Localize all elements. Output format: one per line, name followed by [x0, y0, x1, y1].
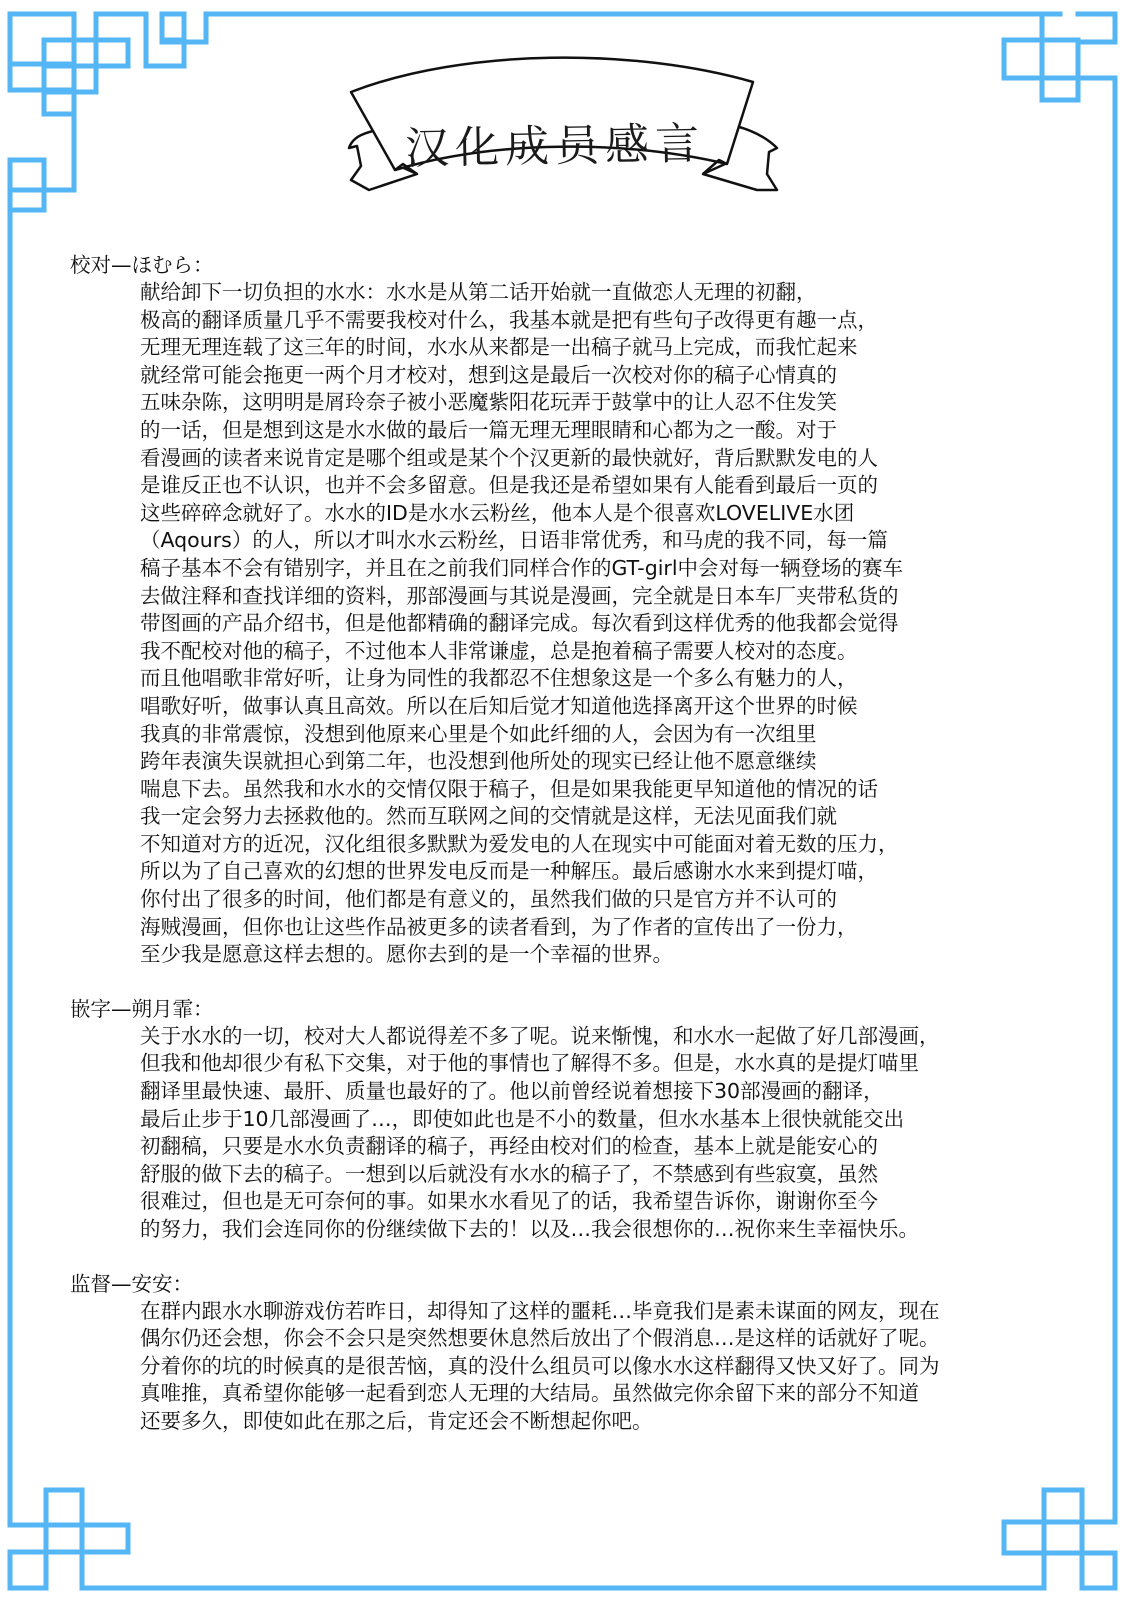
section-body: 献给卸下一切负担的水水：水水是从第二话开始就一直做恋人无理的初翻， 极高的翻译质…	[70, 279, 1050, 969]
text-line: 去做注释和查找详细的资料，那部漫画与其说是漫画，完全就是日本车厂夹带私货的	[140, 583, 1050, 611]
text-line: 我真的非常震惊，没想到他原来心里是个如此纤细的人，会因为有一次组里	[140, 721, 1050, 749]
section-supervisor: 监督—安安： 在群内跟水水聊游戏仿若昨日，却得知了这样的噩耗…毕竟我们是素未谋面…	[70, 1271, 1050, 1436]
text-line: 舒服的做下去的稿子。一想到以后就没有水水的稿子了，不禁感到有些寂寞，虽然	[140, 1161, 1050, 1189]
corner-ornament-bottom-left	[10, 1490, 1040, 1588]
text-line: 关于水水的一切，校对大人都说得差不多了呢。说来惭愧，和水水一起做了好几部漫画，	[140, 1023, 1050, 1051]
text-line: 在群内跟水水聊游戏仿若昨日，却得知了这样的噩耗…毕竟我们是素未谋面的网友，现在	[140, 1298, 1050, 1326]
section-typesetter: 嵌字—朔月霏： 关于水水的一切，校对大人都说得差不多了呢。说来惭愧，和水水一起做…	[70, 996, 1050, 1244]
page-title: 汉化成员感言	[294, 105, 815, 178]
text-line: 的一话，但是想到这是水水做的最后一篇无理无理眼睛和心都为之一酸。对于	[140, 417, 1050, 445]
section-body: 关于水水的一切，校对大人都说得差不多了呢。说来惭愧，和水水一起做了好几部漫画， …	[70, 1023, 1050, 1244]
text-line: 还要多久，即使如此在那之后，肯定还会不断想起你吧。	[140, 1408, 1050, 1436]
text-line: 带图画的产品介绍书，但是他都精确的翻译完成。每次看到这样优秀的他我都会觉得	[140, 610, 1050, 638]
text-line: 所以为了自己喜欢的幻想的世界发电反而是一种解压。最后感谢水水来到提灯喵，	[140, 858, 1050, 886]
text-line: 稿子基本不会有错别字，并且在之前我们同样合作的GT-girl中会对每一辆登场的赛…	[140, 555, 1050, 583]
section-header: 校对—ほむら：	[70, 252, 1050, 279]
text-line: 你付出了很多的时间，他们都是有意义的，虽然我们做的只是官方并不认可的	[140, 886, 1050, 914]
text-line: 无理无理连载了这三年的时间，水水从来都是一出稿子就马上完成，而我忙起来	[140, 334, 1050, 362]
text-line: 是谁反正也不认识，也并不会多留意。但是我还是希望如果有人能看到最后一页的	[140, 472, 1050, 500]
text-line: 献给卸下一切负担的水水：水水是从第二话开始就一直做恋人无理的初翻，	[140, 279, 1050, 307]
text-line: 海贼漫画，但你也让这些作品被更多的读者看到，为了作者的宣传出了一份力，	[140, 914, 1050, 942]
text-line: 不知道对方的近况，汉化组很多默默为爱发电的人在现实中可能面对着无数的压力，	[140, 831, 1050, 859]
text-line: 我不配校对他的稿子，不过他本人非常谦虚，总是抱着稿子需要人校对的态度。	[140, 638, 1050, 666]
text-line: 喘息下去。虽然我和水水的交情仅限于稿子，但是如果我能更早知道他的情况的话	[140, 776, 1050, 804]
text-line: 偶尔仍还会想，你会不会只是突然想要休息然后放出了个假消息…是这样的话就好了呢。	[140, 1325, 1050, 1353]
text-line: 这些碎碎念就好了。水水的ID是水水云粉丝，他本人是个很喜欢LOVELIVE水团	[140, 500, 1050, 528]
text-line: 最后止步于10几部漫画了…，即使如此也是不小的数量，但水水基本上很快就能交出	[140, 1106, 1050, 1134]
text-line: 分着你的坑的时候真的是很苦恼，真的没什么组员可以像水水这样翻得又快又好了。同为	[140, 1353, 1050, 1381]
section-proofreader: 校对—ほむら： 献给卸下一切负担的水水：水水是从第二话开始就一直做恋人无理的初翻…	[70, 252, 1050, 969]
text-line: 翻译里最快速、最肝、质量也最好的了。他以前曾经说着想接下30部漫画的翻译，	[140, 1078, 1050, 1106]
text-line: 很难过，但也是无可奈何的事。如果水水看见了的话，我希望告诉你，谢谢你至今	[140, 1188, 1050, 1216]
text-line: 而且他唱歌非常好听，让身为同性的我都忍不住想象这是一个多么有魅力的人，	[140, 665, 1050, 693]
text-line: 但我和他却很少有私下交集，对于他的事情也了解得不多。但是，水水真的是提灯喵里	[140, 1050, 1050, 1078]
text-line: 真唯推，真希望你能够一起看到恋人无理的大结局。虽然做完你余留下来的部分不知道	[140, 1380, 1050, 1408]
text-line: 极高的翻译质量几乎不需要我校对什么，我基本就是把有些句子改得更有趣一点，	[140, 307, 1050, 335]
text-line: 五味杂陈，这明明是屑玲奈子被小恶魔紫阳花玩弄于鼓掌中的让人忍不住发笑	[140, 389, 1050, 417]
text-line: 我一定会努力去拯救他的。然而互联网之间的交情就是这样，无法见面我们就	[140, 803, 1050, 831]
corner-ornament-bottom-right	[1004, 1490, 1115, 1588]
section-header: 监督—安安：	[70, 1271, 1050, 1298]
section-header: 嵌字—朔月霏：	[70, 996, 1050, 1023]
text-line: 唱歌好听，做事认真且高效。所以在后知后觉才知道他选择离开这个世界的时候	[140, 693, 1050, 721]
text-line: 就经常可能会拖更一两个月才校对，想到这是最后一次校对你的稿子心情真的	[140, 362, 1050, 390]
text-line: 看漫画的读者来说肯定是哪个组或是某个个汉更新的最快就好，背后默默发电的人	[140, 445, 1050, 473]
text-line: 初翻稿，只要是水水负责翻译的稿子，再经由校对们的检查，基本上就是能安心的	[140, 1133, 1050, 1161]
content-area: 校对—ほむら： 献给卸下一切负担的水水：水水是从第二话开始就一直做恋人无理的初翻…	[70, 252, 1050, 1463]
text-line: 跨年表演失误就担心到第二年，也没想到他所处的现实已经让他不愿意继续	[140, 748, 1050, 776]
text-line: （Aqours）的人，所以才叫水水云粉丝，日语非常优秀，和马虎的我不同，每一篇	[140, 527, 1050, 555]
title-banner: 汉化成员感言	[295, 40, 815, 210]
section-body: 在群内跟水水聊游戏仿若昨日，却得知了这样的噩耗…毕竟我们是素未谋面的网友，现在 …	[70, 1298, 1050, 1436]
text-line: 至少我是愿意这样去想的。愿你去到的是一个幸福的世界。	[140, 941, 1050, 969]
text-line: 的努力，我们会连同你的份继续做下去的！以及…我会很想你的…祝你来生幸福快乐。	[140, 1216, 1050, 1244]
